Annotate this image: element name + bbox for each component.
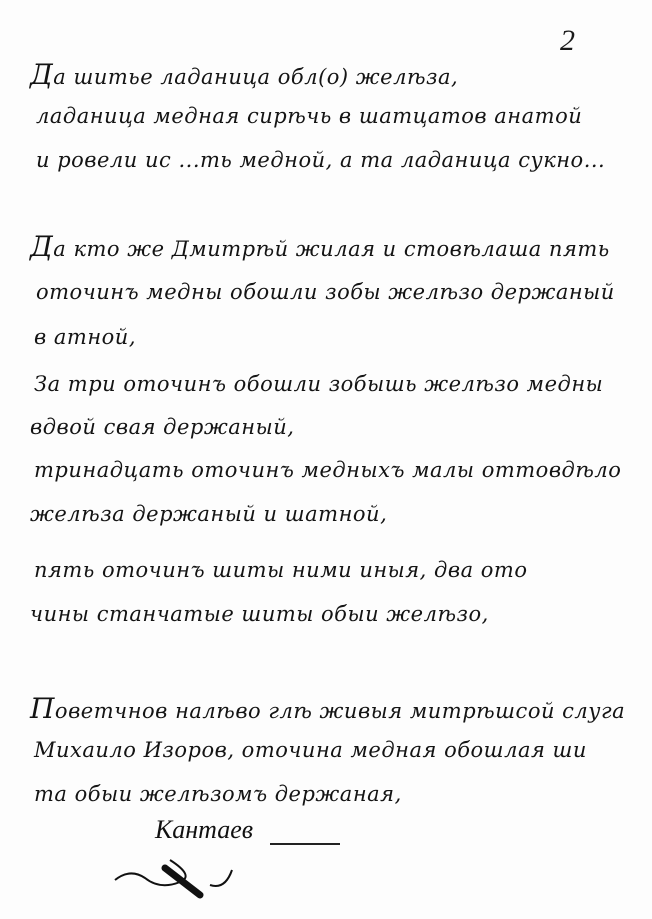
manuscript-line: За три оточинъ обошли зобышь желѣзо медн… bbox=[34, 372, 603, 396]
manuscript-line: ладаница медная сирѣчь в шатцатов анатой bbox=[36, 104, 582, 128]
manuscript-line: тринадцать оточинъ медныхъ малы оттовдѣл… bbox=[34, 458, 621, 482]
manuscript-page: 2 Да шитье ладаница обл(о) желѣза, ладан… bbox=[0, 0, 652, 919]
manuscript-line: в атной, bbox=[34, 325, 136, 349]
manuscript-line: пять оточинъ шиты ними иныя, два ото bbox=[34, 558, 527, 582]
manuscript-line: чины станчатые шиты обыи желѣзо, bbox=[30, 602, 489, 626]
manuscript-line: вдвой свая держаный, bbox=[30, 415, 294, 439]
signature-flourish-icon bbox=[110, 850, 260, 900]
signature: Кантаев bbox=[155, 815, 253, 845]
manuscript-line: Да кто же Дмитрѣй жилая и стовѣлаша пять bbox=[30, 230, 610, 263]
manuscript-line: Поветчнов налѣво глѣ живыя митрѣшсой слу… bbox=[30, 692, 625, 725]
manuscript-line: Михаило Изоров, оточина медная обошлая ш… bbox=[34, 738, 587, 762]
folio-number: 2 bbox=[560, 24, 575, 58]
manuscript-line: желѣза держаный и шатной, bbox=[30, 502, 387, 526]
signature-underline bbox=[270, 843, 340, 845]
manuscript-line: Да шитье ладаница обл(о) желѣза, bbox=[30, 58, 458, 91]
manuscript-line: и ровели ис ...ть медной, а та ладаница … bbox=[36, 148, 605, 172]
manuscript-line: оточинъ медны обошли зобы желѣзо держаны… bbox=[36, 280, 615, 304]
manuscript-line: та обыи желѣзомъ держаная, bbox=[34, 782, 402, 806]
